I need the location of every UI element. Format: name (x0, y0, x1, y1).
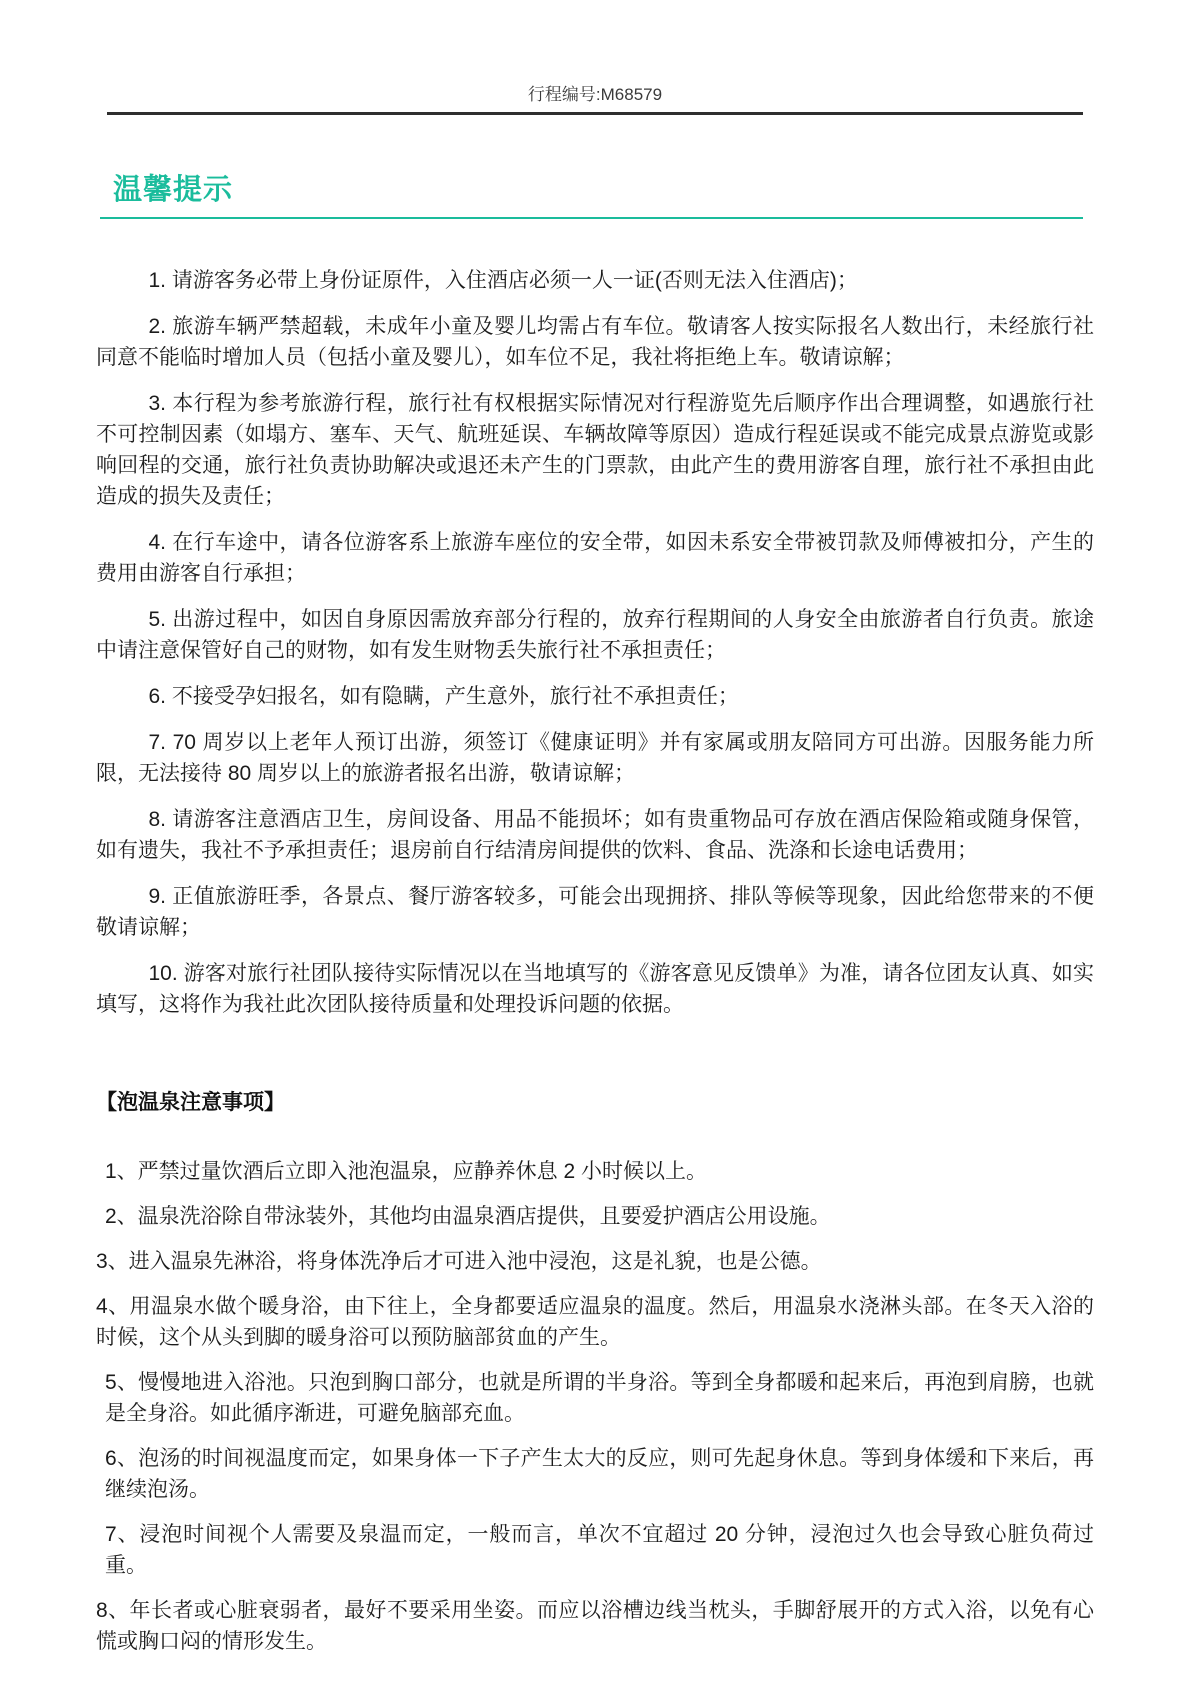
tip-item-7: 7. 70 周岁以上老年人预订出游，须签订《健康证明》并有家属或朋友陪同方可出游… (96, 727, 1094, 789)
hotspring-item-3: 3、进入温泉先淋浴，将身体洗净后才可进入池中浸泡，这是礼貌，也是公德。 (96, 1246, 1094, 1277)
hotspring-item-8: 8、年长者或心脏衰弱者，最好不要采用坐姿。而应以浴槽边线当枕头，手脚舒展开的方式… (96, 1595, 1094, 1657)
tip-item-8: 8. 请游客注意酒店卫生，房间设备、用品不能损坏；如有贵重物品可存放在酒店保险箱… (96, 804, 1094, 866)
tips-list: 1. 请游客务必带上身份证原件，入住酒店必须一人一证(否则无法入住酒店)； 2.… (96, 265, 1094, 1020)
tip-item-5: 5. 出游过程中，如因自身原因需放弃部分行程的，放弃行程期间的人身安全由旅游者自… (96, 604, 1094, 666)
tip-item-6: 6. 不接受孕妇报名，如有隐瞒，产生意外，旅行社不承担责任； (96, 681, 1094, 712)
hotspring-item-6: 6、泡汤的时间视温度而定，如果身体一下子产生太大的反应，则可先起身休息。等到身体… (96, 1443, 1094, 1505)
document-page: 行程编号:M68579 温馨提示 1. 请游客务必带上身份证原件，入住酒店必须一… (0, 0, 1190, 1683)
tip-item-10: 10. 游客对旅行社团队接待实际情况以在当地填写的《游客意见反馈单》为准，请各位… (96, 958, 1094, 1020)
tip-item-4: 4. 在行车途中，请各位游客系上旅游车座位的安全带，如因未系安全带被罚款及师傅被… (96, 527, 1094, 589)
hotspring-section-heading: 【泡温泉注意事项】 (96, 1086, 1094, 1116)
tip-item-2: 2. 旅游车辆严禁超载，未成年小童及婴儿均需占有车位。敬请客人按实际报名人数出行… (96, 311, 1094, 373)
hotspring-item-1: 1、严禁过量饮酒后立即入池泡温泉，应静养休息 2 小时候以上。 (96, 1156, 1094, 1187)
hotspring-list: 1、严禁过量饮酒后立即入池泡温泉，应静养休息 2 小时候以上。 2、温泉洗浴除自… (96, 1156, 1094, 1657)
tip-item-3: 3. 本行程为参考旅游行程，旅行社有权根据实际情况对行程游览先后顺序作出合理调整… (96, 388, 1094, 512)
hotspring-item-7: 7、浸泡时间视个人需要及泉温而定，一般而言，单次不宜超过 20 分钟，浸泡过久也… (96, 1519, 1094, 1581)
page-title: 温馨提示 (113, 167, 1190, 208)
hotspring-item-5: 5、慢慢地进入浴池。只泡到胸口部分，也就是所谓的半身浴。等到全身都暖和起来后，再… (96, 1367, 1094, 1429)
header-divider (107, 112, 1083, 115)
title-underline (100, 217, 1083, 219)
hotspring-item-4: 4、用温泉水做个暖身浴，由下往上，全身都要适应温泉的温度。然后，用温泉水浇淋头部… (96, 1291, 1094, 1353)
hotspring-item-2: 2、温泉洗浴除自带泳装外，其他均由温泉酒店提供，且要爱护酒店公用设施。 (96, 1201, 1094, 1232)
tip-item-9: 9. 正值旅游旺季，各景点、餐厅游客较多，可能会出现拥挤、排队等候等现象，因此给… (96, 881, 1094, 943)
tip-item-1: 1. 请游客务必带上身份证原件，入住酒店必须一人一证(否则无法入住酒店)； (96, 265, 1094, 296)
doc-number: 行程编号:M68579 (0, 0, 1190, 105)
